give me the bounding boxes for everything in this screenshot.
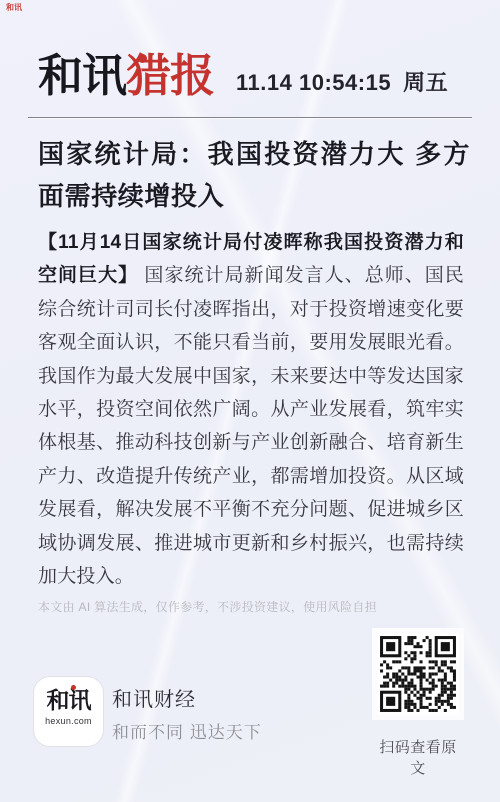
article-body: 【11月14日国家统计局付凌晖称我国投资潜力和空间巨大】 国家统计局新闻发言人、… bbox=[38, 226, 464, 593]
logo-red-dot-icon bbox=[138, 54, 147, 63]
brand-slogan: 和而不同 迅达天下 bbox=[112, 718, 262, 743]
header-divider bbox=[28, 117, 472, 118]
logo-text-black: 和讯 bbox=[38, 50, 126, 101]
hexun-logo-small: 和讯 bbox=[34, 687, 103, 713]
timestamp: 11.14 10:54:15周五 bbox=[236, 66, 448, 102]
ai-disclaimer: 本文由 AI 算法生成，仅作参考，不涉投资建议，使用风险自担 bbox=[38, 598, 377, 615]
hexun-liebao-logo: 和讯猎报 bbox=[38, 50, 214, 102]
brand-name: 和讯财经 bbox=[112, 683, 196, 712]
hexun-logo-card: 和讯 hexun.com bbox=[33, 676, 104, 747]
corner-watermark: 和讯 bbox=[6, 3, 22, 12]
article-title: 国家统计局：我国投资潜力大 多方面需持续增投入 bbox=[38, 133, 470, 217]
hexun-logo-small-dot-icon bbox=[71, 685, 76, 690]
hexun-domain: hexun.com bbox=[34, 716, 103, 726]
weekday-text: 周五 bbox=[403, 70, 448, 95]
header: 和讯猎报 11.14 10:54:15周五 bbox=[38, 44, 472, 102]
qr-code-image bbox=[377, 633, 459, 715]
article-body-text: 国家统计局新闻发言人、总师、国民综合统计司司长付凌晖指出，对于投资增速变化要客观… bbox=[38, 265, 464, 587]
qr-caption: 扫码查看原文 bbox=[372, 736, 464, 778]
date-time-text: 11.14 10:54:15 bbox=[236, 70, 391, 95]
qr-code bbox=[372, 628, 464, 720]
hexun-logo-small-text: 和讯 bbox=[47, 687, 91, 713]
